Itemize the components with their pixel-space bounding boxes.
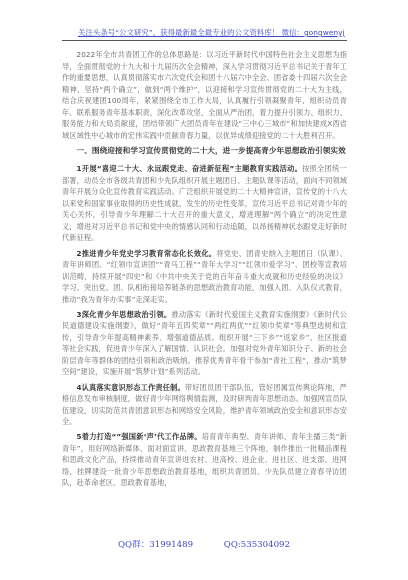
- intro-paragraph: 2022年全市共青团工作的总体思路是：以习近平新时代中国特色社会主义思想为指导，…: [62, 49, 347, 141]
- item-paragraph-2: 2推进青少年党史学习教育常态化长效化。将党史、团青史纳入主题团日（队课）、青年讲…: [62, 248, 347, 306]
- item-body: 推动落实《新时代爱国主义教育实施纲要》《新时代公民道德建设实施纲要》，做好“青年…: [62, 310, 347, 377]
- qq-number: QQ:535304092: [224, 540, 290, 550]
- item-title: 1开展“喜迎二十大、永远跟党走、奋进新征程”主题教育实践活动。: [77, 164, 303, 173]
- item-paragraph-4: 4认真落实意识形态工作责任制。带好团员团干部队伍，管好团属宣传舆论阵地，严格信息…: [62, 382, 347, 428]
- section-heading: 一、围绕迎接和学习宣传贯彻党的二十大，进一步提高青少年思想政治引领实效: [62, 145, 347, 157]
- item-paragraph-1: 1开展“喜迎二十大、永远跟党走、奋进新征程”主题教育实践活动。按照全团统一部署，…: [62, 163, 347, 244]
- document-header: 关注头条号“公文研究”，获得最新最全最专业的公文资料库！ 微信：gongweny…: [62, 28, 347, 41]
- item-paragraph-3: 3深化青少年思想政治引领。推动落实《新时代爱国主义教育实施纲要》《新时代公民道德…: [62, 309, 347, 378]
- document-body: 2022年全市共青团工作的总体思路是：以习近平新时代中国特色社会主义思想为指导，…: [62, 49, 347, 492]
- promo-link[interactable]: 关注头条号“公文研究”，获得最新最全最专业的公文资料库！ 微信：gongweny…: [78, 28, 345, 37]
- item-paragraph-5: 5着力打造“”强国新‘声’代工作品牌。培育青年典型、青年讲师、青年主播三类“新青…: [62, 431, 347, 489]
- item-body: 按照全团统一部署，动员全市各级共青团和少先队组织开展主题团日、主题队课等活动，面…: [62, 164, 347, 242]
- qq-group-number: QQ群：31991489: [118, 538, 193, 550]
- item-title: 4认真落实意识形态工作责任制。: [77, 383, 185, 392]
- item-title: 2推进青少年党史学习教育常态化长效化。: [77, 249, 217, 258]
- item-title: 5着力打造“”强国新‘声’代工作品牌。: [77, 432, 202, 441]
- document-footer: QQ群：31991489 QQ:535304092: [0, 538, 408, 550]
- item-title: 3深化青少年思想政治引领。: [77, 310, 172, 319]
